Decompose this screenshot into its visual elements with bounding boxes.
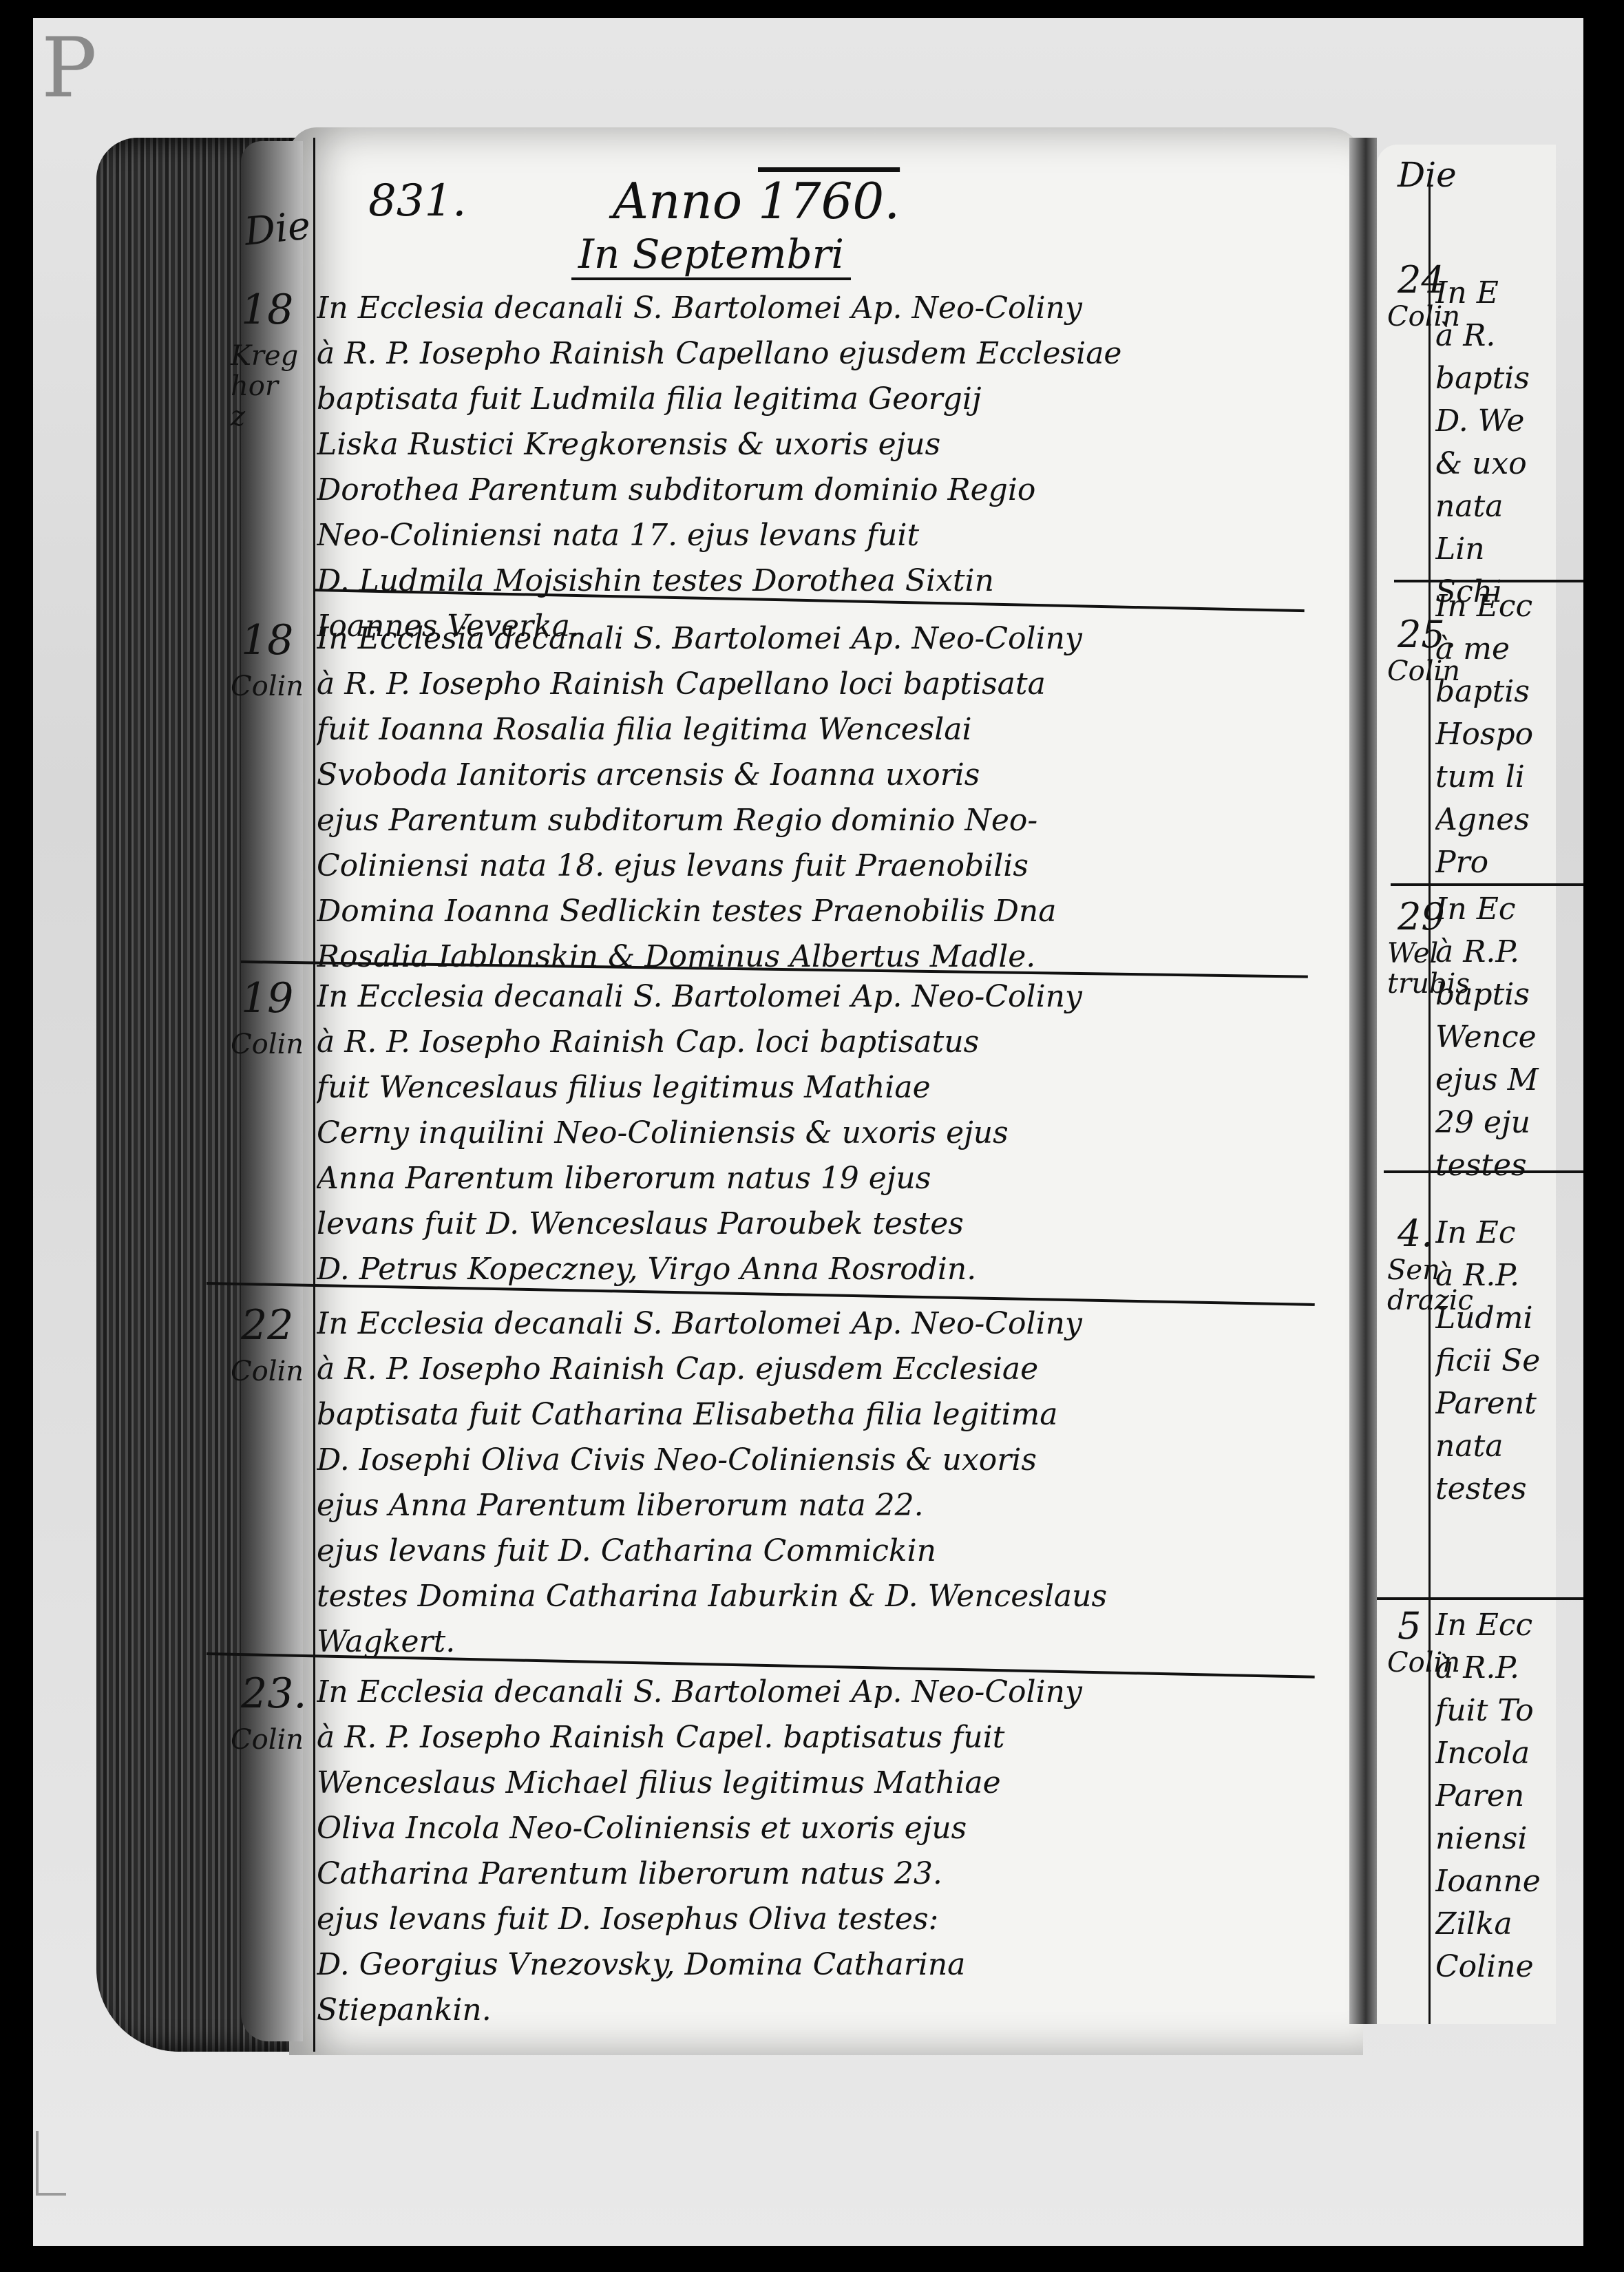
year-heading: Anno 1760. [613,172,900,230]
left-margin-rule [313,138,315,2052]
entry-text: In Ecclesia decanali S. Bartolomei Ap. N… [317,974,1315,1292]
entry-place: Colin [231,1725,299,1755]
film-border-top [0,0,1624,18]
entry-text-fragment: In Ecc à me baptis Hospo tum li Agnes Pr… [1435,585,1580,884]
entry-text-fragment: In Ec à R.P. baptis Wence ejus M 29 eju … [1435,888,1580,1187]
page-number: 831. [368,176,467,227]
entry-text: In Ecclesia decanali S. Bartolomei Ap. N… [317,286,1315,649]
film-border-bottom [0,2246,1624,2272]
entry-place: Colin [231,671,299,702]
partial-entry: 24 Colin In E à R. baptis D. We & uxo na… [1384,258,1576,332]
entry-day: 23. [241,1670,306,1718]
entry-day: 19 [241,974,293,1022]
entry-divider [1377,1597,1583,1600]
month-heading: In Septembri [571,231,851,280]
entry-place: Colin [231,1029,299,1060]
day-column-label: Die [242,203,313,255]
entry-place: Kreg hor z [231,341,299,432]
entry-text-fragment: In Ecc à R.P. fuit To Incola Paren niens… [1435,1604,1580,1988]
anno-label: Anno [613,172,742,230]
entry-place: Colin [231,1356,299,1387]
partial-entry: 29 Wel trubis In Ec à R.P. baptis Wence … [1384,888,1576,999]
entry-text: In Ecclesia decanali S. Bartolomei Ap. N… [317,616,1315,980]
baptism-entry: 18 Colin In Ecclesia decanali S. Bartolo… [317,616,1315,980]
baptism-entry: 18 Kreg hor z In Ecclesia decanali S. Ba… [317,286,1315,649]
baptism-entry: 23. Colin In Ecclesia decanali S. Bartol… [317,1670,1315,2033]
film-border-right [1583,0,1624,2272]
right-margin-rule [1428,179,1431,2024]
partial-entry: 25. Colin In Ecc à me baptis Hospo tum l… [1384,585,1576,686]
entry-day: 22 [241,1301,293,1349]
book-gutter [1349,138,1377,2024]
entry-text: In Ecclesia decanali S. Bartolomei Ap. N… [317,1301,1315,1665]
partial-entry: 4. Sen drazic In Ec à R.P. Ludmi ficii S… [1384,1184,1576,1316]
right-day-column-label: Die [1398,155,1457,195]
ghost-letter-mark: P [41,21,97,116]
year-value: 1760. [758,172,900,230]
film-border-left [0,0,33,2272]
baptism-entry: 22 Colin In Ecclesia decanali S. Bartolo… [317,1301,1315,1665]
entry-day: 18 [241,616,293,664]
entry-text-fragment: In E à R. baptis D. We & uxo nata Lin Sc… [1435,272,1580,613]
entry-text-fragment: In Ec à R.P. Ludmi ficii Se Parent nata … [1435,1212,1580,1511]
partial-entry: 5 Colin In Ecc à R.P. fuit To Incola Par… [1384,1604,1576,1678]
crop-corner-mark [36,2131,66,2196]
entry-day: 18 [241,286,293,334]
baptism-entry: 19 Colin In Ecclesia decanali S. Bartolo… [317,974,1315,1292]
entry-text: In Ecclesia decanali S. Bartolomei Ap. N… [317,1670,1315,2033]
